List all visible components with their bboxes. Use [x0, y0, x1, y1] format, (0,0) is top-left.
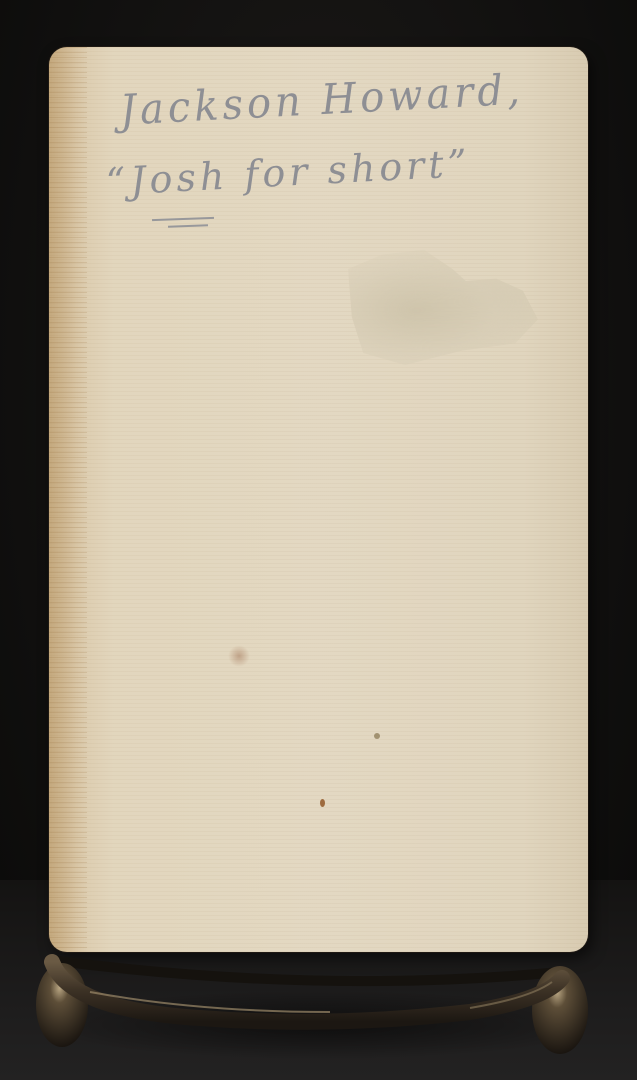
brown-stain-spot — [228, 645, 250, 667]
small-speck — [374, 733, 380, 739]
foxing-spot — [320, 799, 325, 807]
metal-card-stand — [0, 900, 637, 1080]
photo-scene: Jackson Howard, “Josh for short” — [0, 0, 637, 1080]
stand-back-rod — [50, 960, 560, 981]
card-edge-discoloration — [49, 47, 87, 952]
